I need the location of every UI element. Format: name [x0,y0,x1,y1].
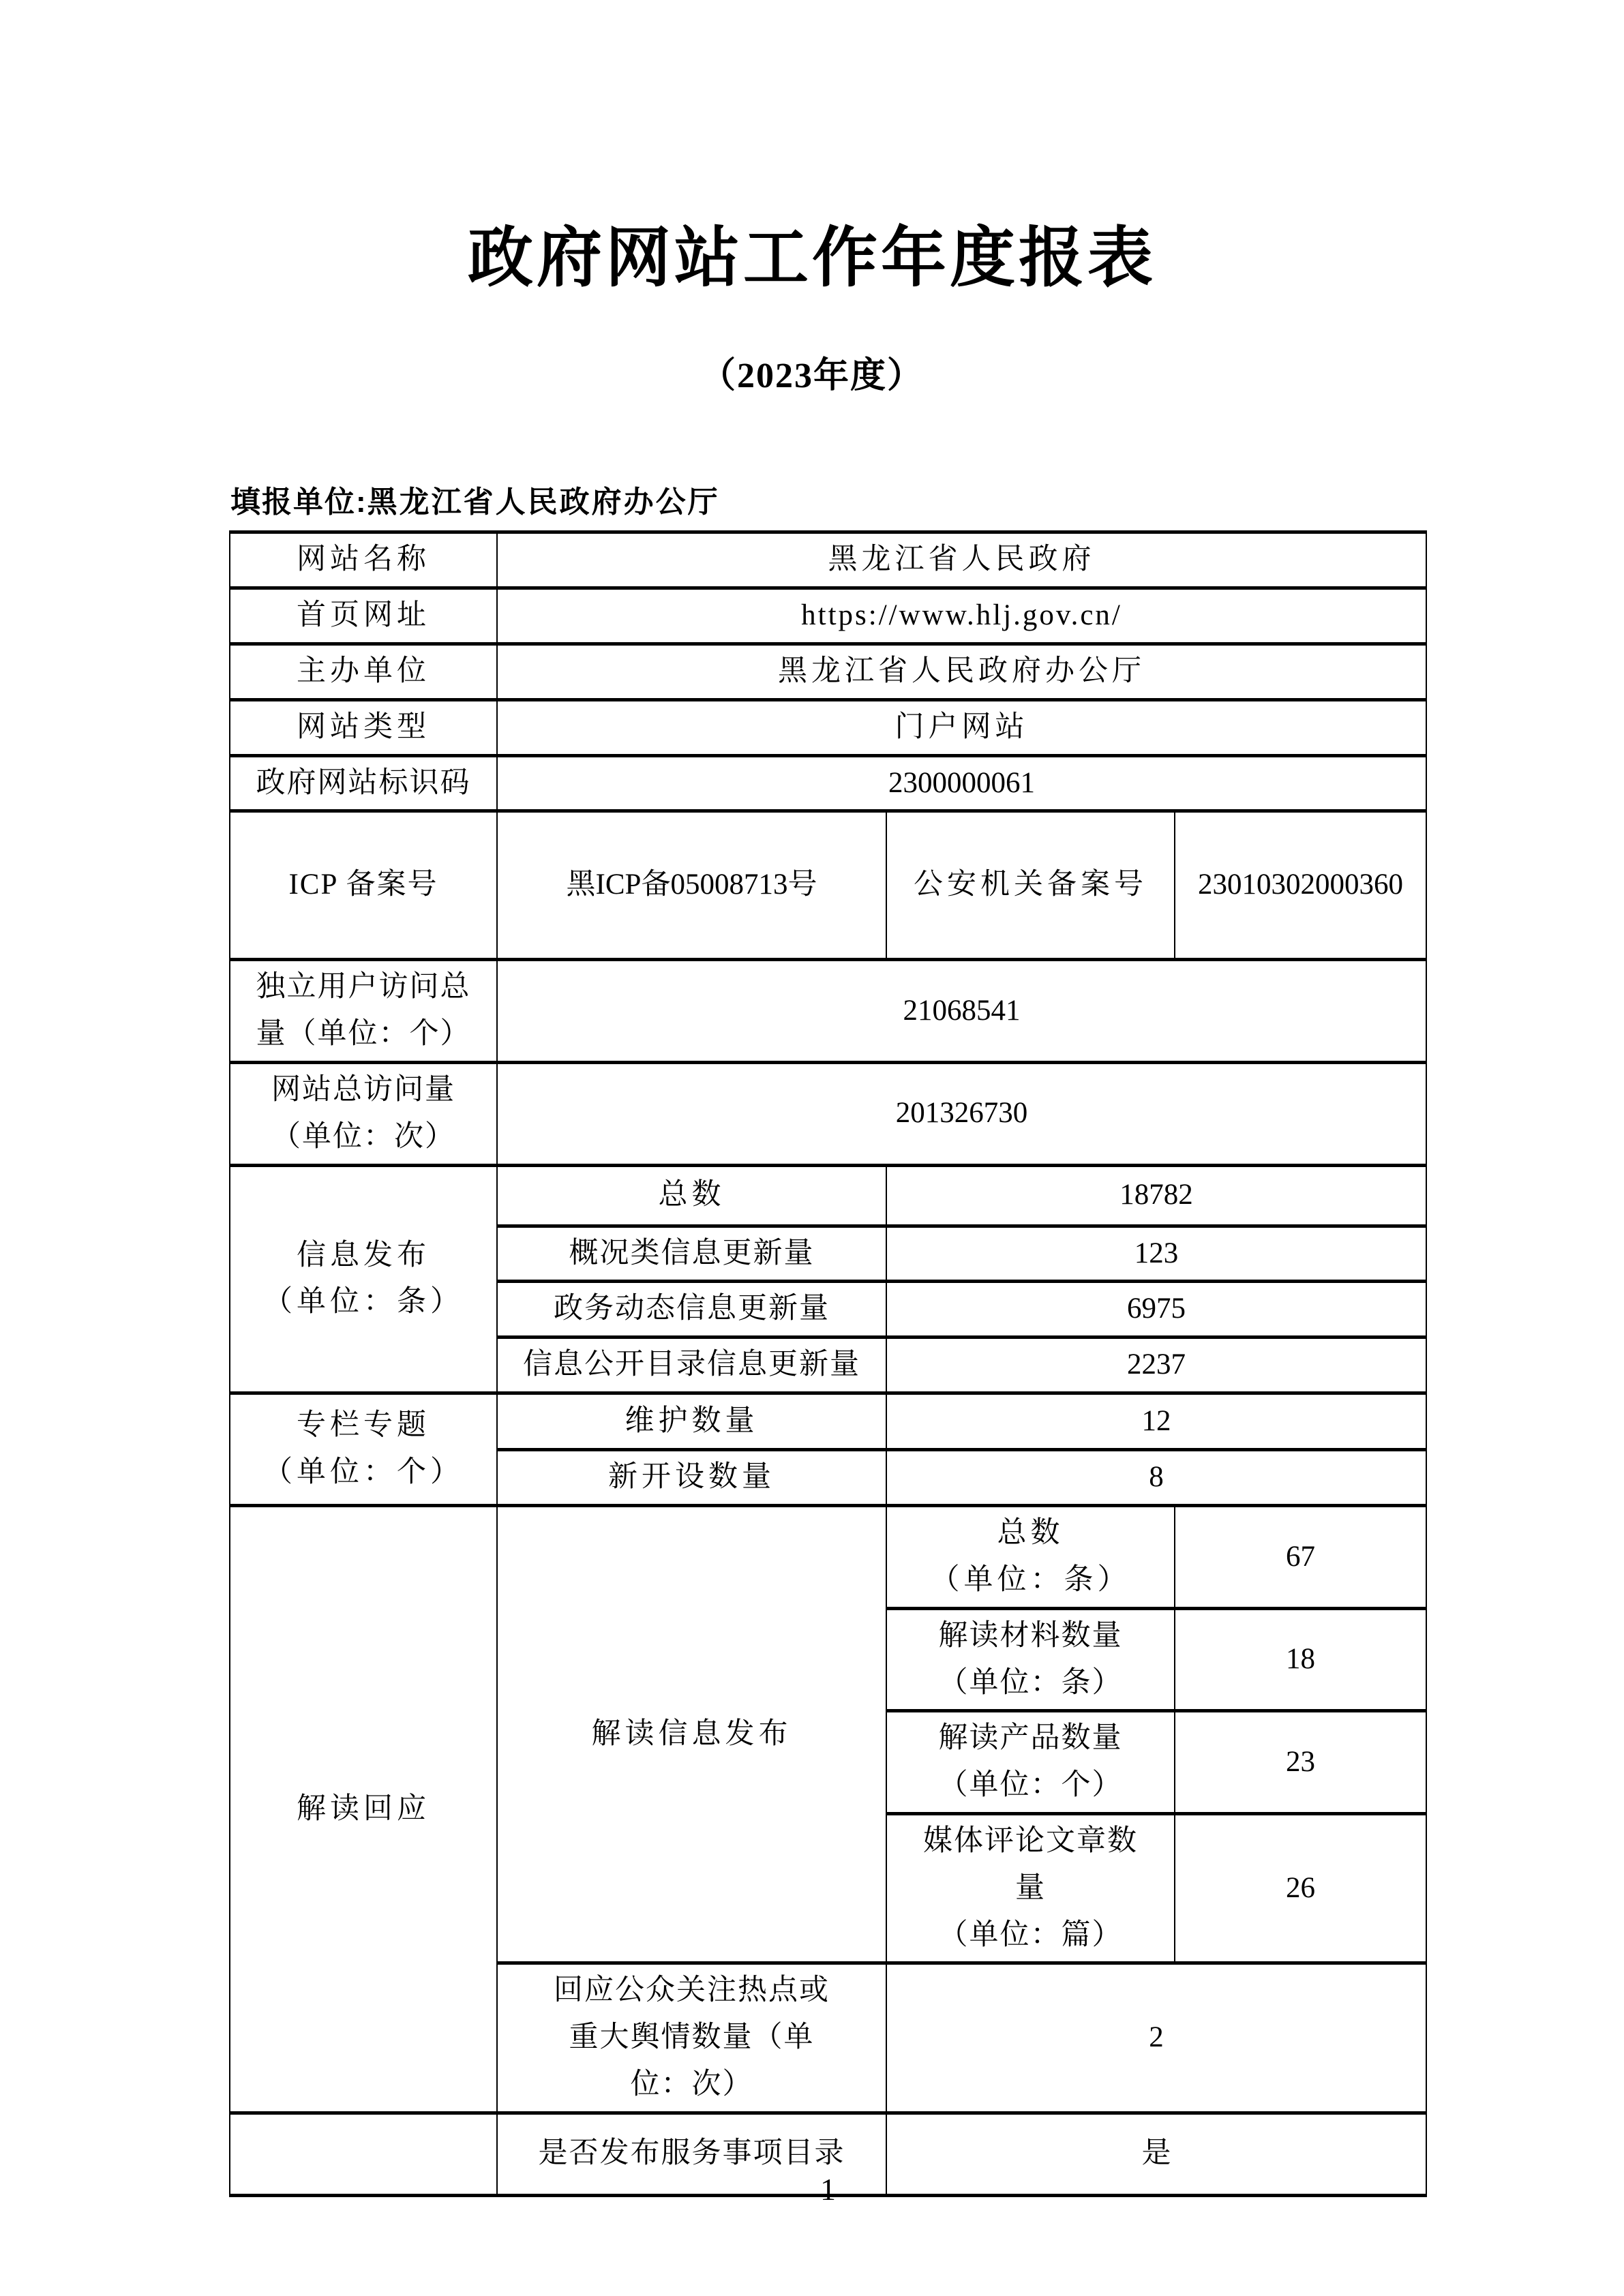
cell-column-maintained-value: 12 [886,1393,1426,1450]
cell-response-hotspot-label: 回应公众关注热点或 重大舆情数量（单 位：次） [497,1963,886,2113]
cell-response-hotspot-value: 2 [886,1963,1426,2113]
table-row: 主办单位 黑龙江省人民政府办公厅 [230,644,1426,699]
cell-unique-visitors-value: 21068541 [497,960,1426,1063]
table-row: 政府网站标识码 2300000061 [230,755,1426,811]
page-title: 政府网站工作年度报表 [0,206,1624,299]
cell-media-comment-label: 媒体评论文章数 量 （单位：篇） [886,1813,1175,1963]
cell-total-visits-value: 201326730 [497,1062,1426,1165]
cell-info-total-label: 总数 [497,1165,886,1226]
table-row: 专栏专题 （单位：个） 维护数量 12 [230,1393,1426,1450]
cell-info-dynamic-value: 6975 [886,1282,1426,1338]
cell-info-dynamic-label: 政务动态信息更新量 [497,1282,886,1338]
table-row: 网站名称 黑龙江省人民政府 [230,532,1426,588]
cell-media-comment-value: 26 [1175,1813,1426,1963]
cell-icp-label: ICP 备案号 [230,811,497,960]
cell-home-url-label: 首页网址 [230,588,497,644]
cell-sponsor-value: 黑龙江省人民政府办公厅 [497,644,1426,699]
cell-psb-label: 公安机关备案号 [886,811,1175,960]
cell-site-type-value: 门户网站 [497,699,1426,755]
cell-info-overview-value: 123 [886,1226,1426,1282]
annual-report-table: 网站名称 黑龙江省人民政府 首页网址 https://www.hlj.gov.c… [229,530,1427,2197]
cell-interpret-response-group: 解读回应 [230,1506,497,2113]
cell-home-url-value: https://www.hlj.gov.cn/ [497,588,1426,644]
cell-column-topic-group: 专栏专题 （单位：个） [230,1393,497,1506]
page-subtitle: （2023年度） [0,346,1624,397]
cell-interpret-material-value: 18 [1175,1608,1426,1711]
table-row: 首页网址 https://www.hlj.gov.cn/ [230,588,1426,644]
table-row: 网站总访问量 （单位：次） 201326730 [230,1062,1426,1165]
table-row: 独立用户访问总 量（单位：个） 21068541 [230,960,1426,1063]
cell-column-maintained-label: 维护数量 [497,1393,886,1450]
cell-interpret-total-value: 67 [1175,1506,1426,1609]
cell-column-new-value: 8 [886,1450,1426,1506]
cell-column-new-label: 新开设数量 [497,1450,886,1506]
cell-info-catalog-label: 信息公开目录信息更新量 [497,1338,886,1393]
cell-interpret-publish-label: 解读信息发布 [497,1506,886,1963]
page-number: 1 [229,2171,1427,2207]
cell-info-overview-label: 概况类信息更新量 [497,1226,886,1282]
cell-icp-value: 黑ICP备05008713号 [497,811,886,960]
table-row: ICP 备案号 黑ICP备05008713号 公安机关备案号 230103020… [230,811,1426,960]
cell-interpret-product-value: 23 [1175,1711,1426,1814]
cell-site-code-label: 政府网站标识码 [230,755,497,811]
cell-info-publish-group: 信息发布 （单位：条） [230,1165,497,1393]
cell-psb-value: 23010302000360 [1175,811,1426,960]
cell-interpret-material-label: 解读材料数量 （单位：条） [886,1608,1175,1711]
cell-interpret-product-label: 解读产品数量 （单位：个） [886,1711,1175,1814]
cell-site-name-value: 黑龙江省人民政府 [497,532,1426,588]
cell-interpret-total-label: 总数 （单位：条） [886,1506,1175,1609]
cell-site-code-value: 2300000061 [497,755,1426,811]
table-row: 解读回应 解读信息发布 总数 （单位：条） 67 [230,1506,1426,1609]
cell-info-total-value: 18782 [886,1165,1426,1226]
cell-site-name-label: 网站名称 [230,532,497,588]
cell-sponsor-label: 主办单位 [230,644,497,699]
table-row: 网站类型 门户网站 [230,699,1426,755]
reporting-unit-value: 黑龙江省人民政府办公厅 [367,485,720,519]
reporting-unit: 填报单位:黑龙江省人民政府办公厅 [230,477,720,521]
table-row: 信息发布 （单位：条） 总数 18782 [230,1165,1426,1226]
cell-unique-visitors-label: 独立用户访问总 量（单位：个） [230,960,497,1063]
reporting-unit-label: 填报单位: [230,485,367,519]
cell-info-catalog-value: 2237 [886,1338,1426,1393]
cell-site-type-label: 网站类型 [230,699,497,755]
cell-total-visits-label: 网站总访问量 （单位：次） [230,1062,497,1165]
